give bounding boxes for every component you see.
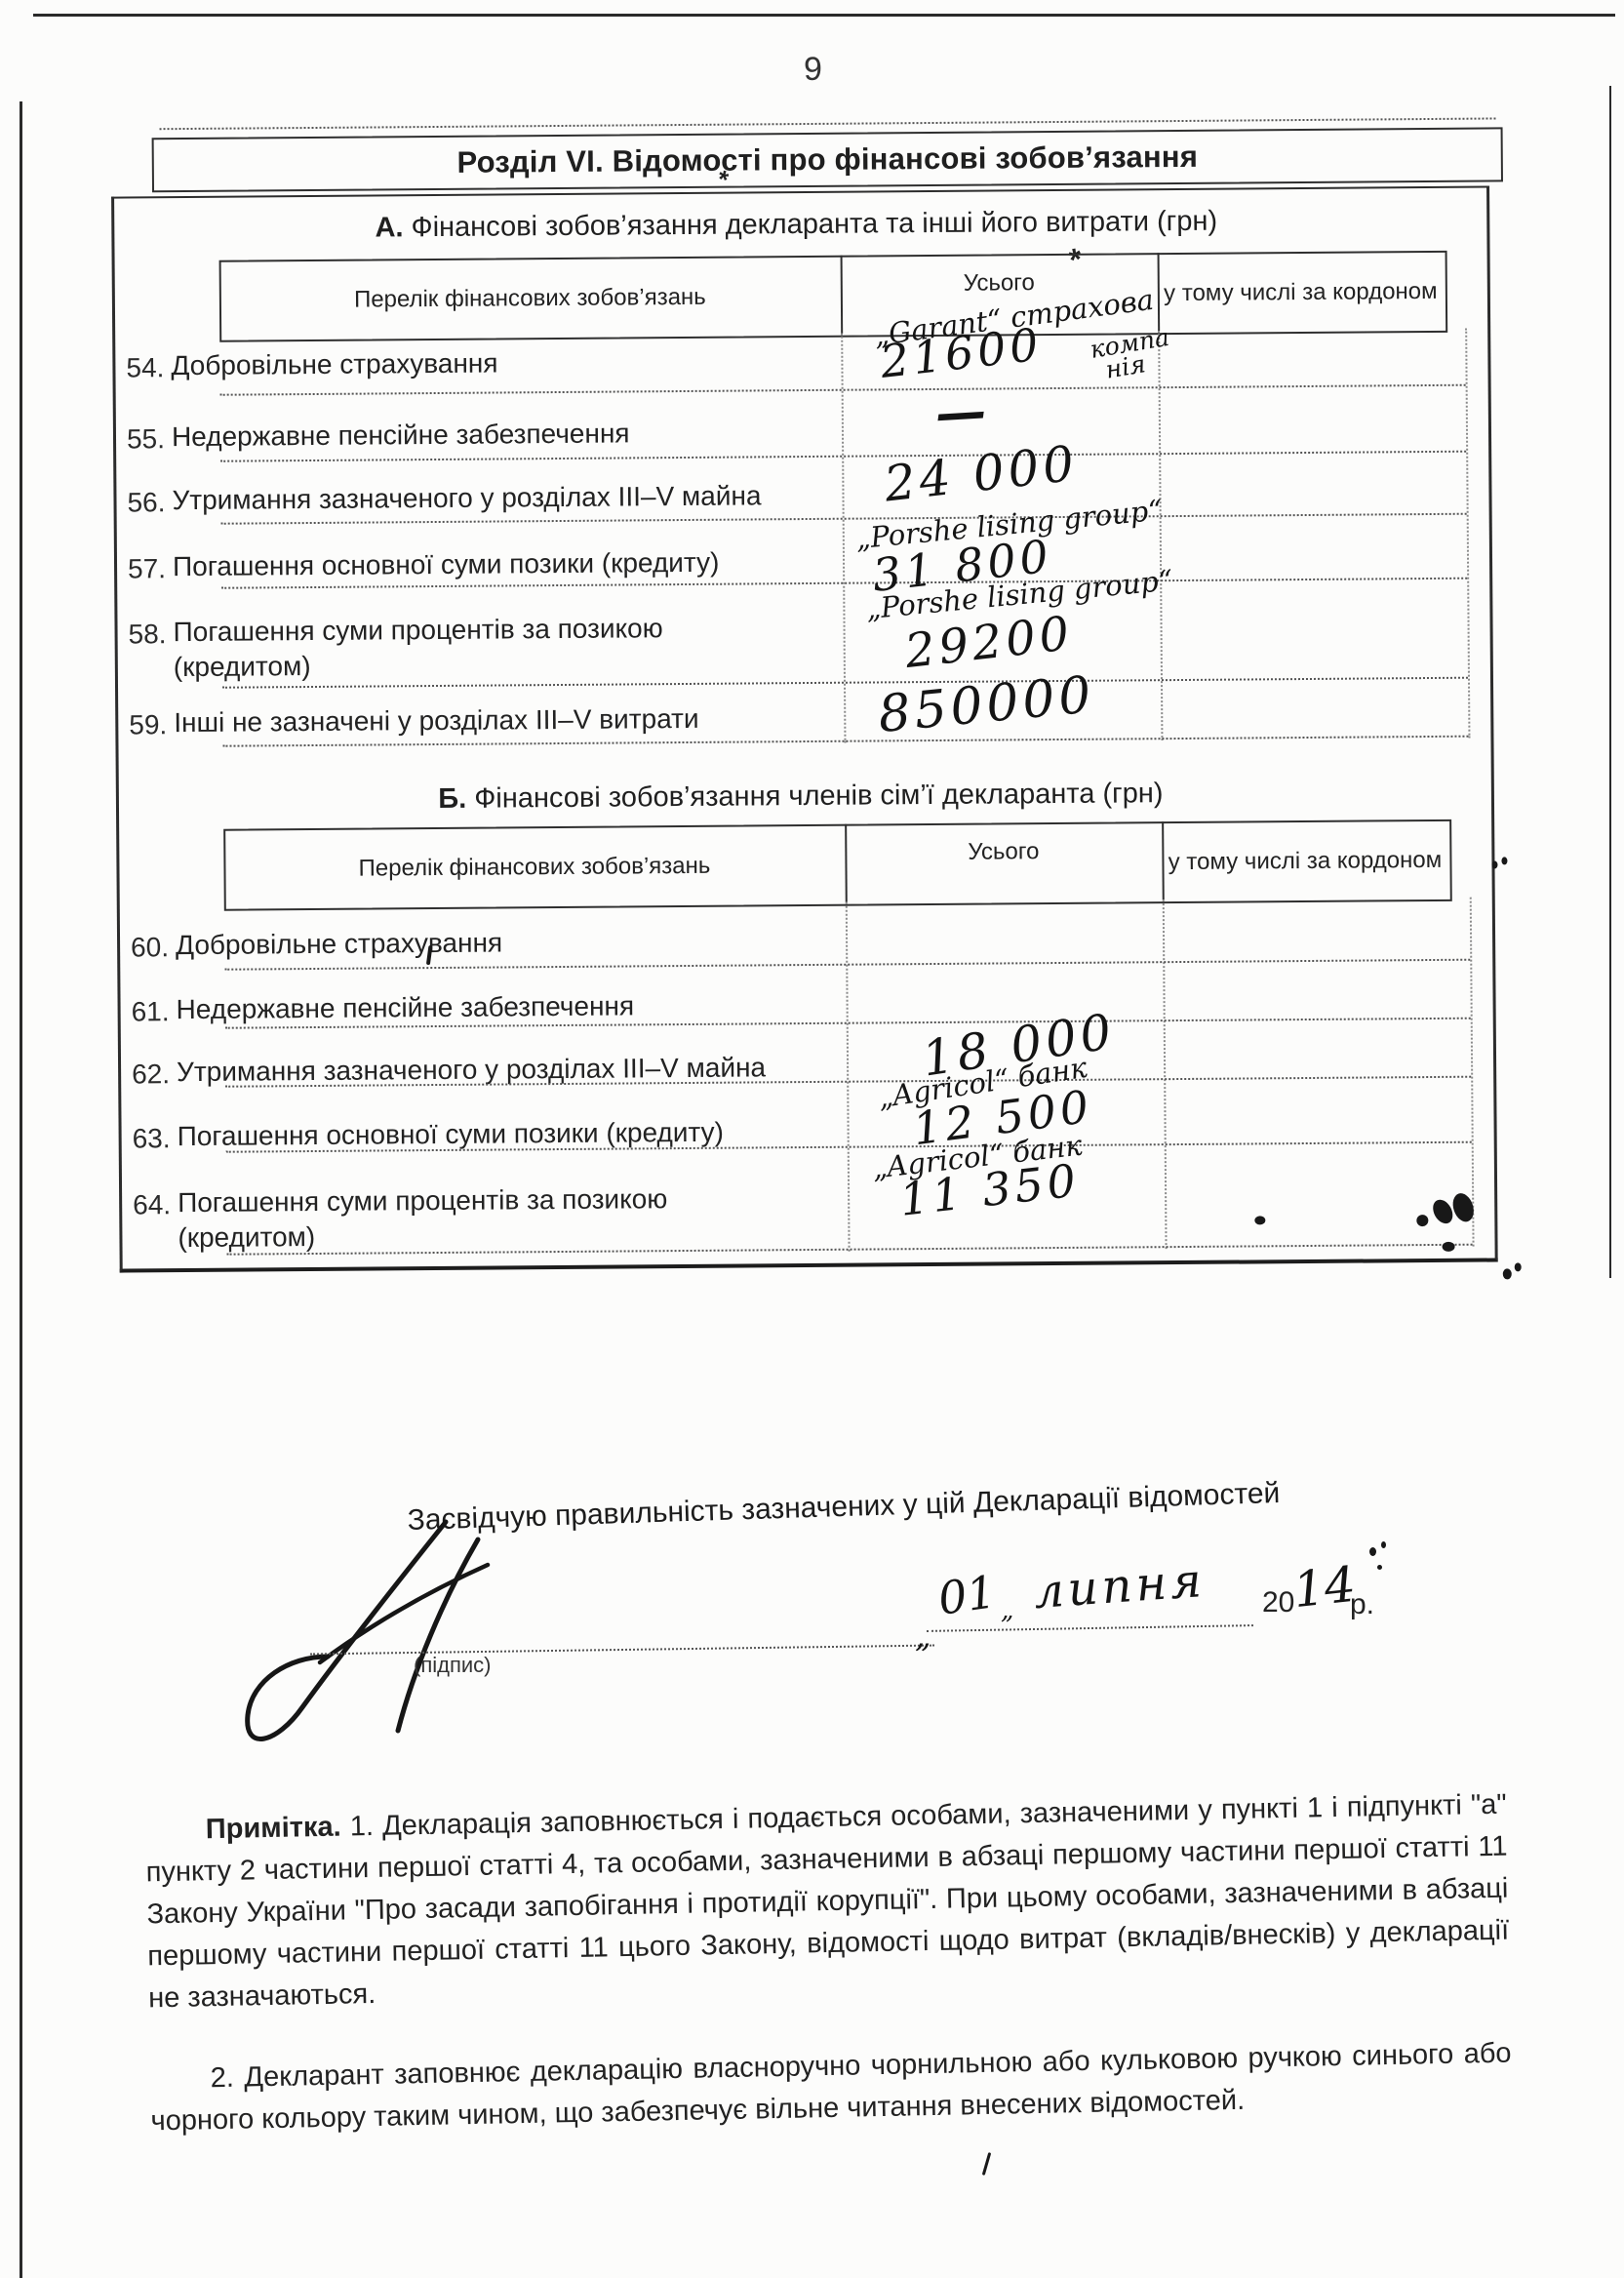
- row-56-label: Утримання зазначеного у розділах III–V м…: [172, 478, 845, 519]
- row-57-number: 57.: [128, 553, 166, 584]
- part-b-heading-text: Фінансові зобов’язання членів сім’ї декл…: [474, 778, 1163, 815]
- ink-dot: [1503, 1268, 1512, 1279]
- row-57-label: Погашення основної суми позики (кредиту): [173, 544, 836, 585]
- row-61-label: Недержавне пенсійне забезпечення: [176, 987, 839, 1028]
- date-year-handwritten: 14: [1290, 1556, 1358, 1619]
- ink-blot: [1416, 1215, 1428, 1226]
- row-58-number: 58.: [128, 619, 166, 650]
- part-a-heading-prefix: А.: [375, 212, 403, 243]
- row-54-label: Добровільне страхування: [171, 343, 834, 384]
- note-1: Примітка. 1. Декларація заповнюється і п…: [144, 1784, 1510, 2020]
- row-59-label: Інші не зазначені у розділах III–V витра…: [174, 700, 847, 741]
- part-a-heading-text: Фінансові зобов’язання декларанта та інш…: [411, 206, 1217, 243]
- date-year-suffix: р.: [1350, 1588, 1374, 1621]
- ink-dot: [1491, 860, 1497, 868]
- note-2: 2. Декларант заповнює декларацію власнор…: [149, 2033, 1512, 2143]
- row-64-number: 64.: [133, 1189, 171, 1220]
- notes-block: Примітка. 1. Декларація заповнюється і п…: [144, 1784, 1513, 2182]
- row-61-number: 61.: [132, 996, 170, 1027]
- ink-dot: [1443, 1242, 1455, 1252]
- note-1-text: 1. Декларація заповнюється і подається о…: [145, 1789, 1509, 2015]
- ink-speck: [1369, 1547, 1376, 1556]
- date-close-quote: „: [1001, 1596, 1013, 1625]
- signature-caption: (підпис): [414, 1653, 492, 1678]
- part-b-col-abroad: у тому числі за кордоном: [1162, 847, 1447, 876]
- form-body: Розділ VI. Відомості про фінансові зобов…: [0, 0, 1624, 1372]
- row-63-number: 63.: [133, 1123, 171, 1154]
- row-60-label: Добровільне страхування: [176, 923, 839, 964]
- row-59-number: 59.: [129, 709, 167, 740]
- note-1-label: Примітка.: [206, 1812, 341, 1846]
- date-line: [927, 1624, 1253, 1632]
- row-55-handwritten-dash: —: [936, 407, 988, 420]
- part-b-col-total: Усього: [845, 837, 1162, 867]
- date-day-handwritten: 01: [935, 1565, 999, 1625]
- part-b-col-list: Перелік фінансових зобов’язань: [223, 852, 845, 884]
- part-b-heading-prefix: Б.: [438, 783, 466, 815]
- date-month-handwritten: липня: [1032, 1553, 1207, 1619]
- row-62-number: 62.: [132, 1059, 170, 1090]
- row-64-label: Погашення суми процентів за позикою (кре…: [178, 1181, 725, 1257]
- row-55-label: Недержавне пенсійне забезпечення: [172, 415, 835, 456]
- ink-speck: [1377, 1565, 1382, 1570]
- ink-dot: [1254, 1216, 1265, 1224]
- row-54-number: 54.: [126, 352, 164, 383]
- scanned-declaration-page: 9 Розділ VI. Відомості про фінансові зоб…: [0, 0, 1624, 2278]
- signature: [226, 1514, 568, 1758]
- ink-dot: [1515, 1262, 1522, 1271]
- row-60-number: 60.: [131, 932, 169, 963]
- row-55-number: 55.: [127, 423, 165, 455]
- date-open-quote: „: [915, 1618, 931, 1655]
- part-a-col-abroad: у тому числі за кордоном: [1158, 278, 1444, 307]
- date-year-prefix: 20: [1262, 1586, 1294, 1619]
- ink-speck: [1381, 1541, 1386, 1548]
- ink-dot: [1501, 857, 1507, 864]
- row-58-label: Погашення суми процентів за позикою (кре…: [173, 611, 720, 686]
- row-56-number: 56.: [127, 487, 165, 518]
- part-a-col-list: Перелік фінансових зобов’язань: [219, 283, 841, 315]
